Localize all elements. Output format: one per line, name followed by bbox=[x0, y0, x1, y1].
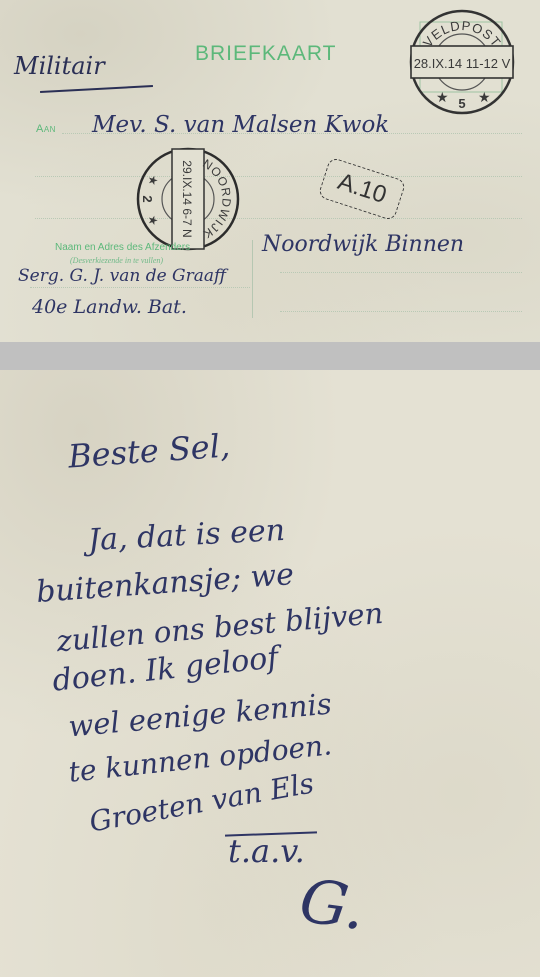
svg-text:★: ★ bbox=[146, 175, 160, 186]
svg-text:★: ★ bbox=[436, 89, 449, 105]
message-line-1: Ja, dat is een bbox=[87, 513, 286, 558]
sender-divider bbox=[252, 240, 253, 318]
svg-text:★: ★ bbox=[146, 215, 160, 226]
svg-text:29.IX.14 6-7 N: 29.IX.14 6-7 N bbox=[180, 160, 194, 237]
address-line-2 bbox=[35, 176, 522, 177]
military-note: Militair bbox=[14, 52, 105, 80]
image-divider bbox=[0, 342, 540, 370]
sender-unit: 40e Landw. Bat. bbox=[32, 296, 187, 318]
address-label: Aan bbox=[36, 123, 56, 135]
card-title: BRIEFKAART bbox=[195, 42, 336, 66]
sender-label: Naam en Adres des Afzenders bbox=[55, 242, 190, 253]
message-line-2: buitenkansje; we bbox=[35, 557, 295, 610]
svg-text:28.IX.14 11-12 V: 28.IX.14 11-12 V bbox=[414, 56, 511, 71]
noordwijk-postmark: NOORDWIJK 29.IX.14 6-7 N 2 ★ ★ bbox=[134, 145, 242, 253]
postcard-front: Militair BRIEFKAART VELDPOST 28.IX.14 11… bbox=[0, 0, 540, 342]
svg-text:2: 2 bbox=[140, 195, 155, 202]
sender-name: Serg. G. J. van de Graaff bbox=[18, 266, 226, 286]
military-underline bbox=[40, 85, 153, 93]
box-stamp: A.10 bbox=[317, 157, 406, 222]
svg-text:★: ★ bbox=[478, 89, 491, 105]
closing: t.a.v. bbox=[228, 832, 305, 870]
recipient-name: Mev. S. van Malsen Kwok bbox=[92, 112, 389, 138]
address-line-3 bbox=[35, 218, 522, 219]
address-line-5 bbox=[280, 311, 522, 312]
salutation: Beste Sel, bbox=[67, 426, 231, 475]
sender-line-1 bbox=[30, 287, 250, 288]
signature: G. bbox=[295, 866, 369, 944]
svg-text:5: 5 bbox=[458, 96, 465, 111]
sender-note: (Desverkiezende in te vullen) bbox=[70, 256, 163, 265]
postcard-back: Beste Sel, Ja, dat is een buitenkansje; … bbox=[0, 370, 540, 977]
recipient-city: Noordwijk Binnen bbox=[262, 232, 464, 257]
veldpost-postmark: VELDPOST 28.IX.14 11-12 V 5 ★ ★ bbox=[406, 6, 518, 118]
box-stamp-text: A.10 bbox=[334, 168, 390, 210]
address-line-4 bbox=[280, 272, 522, 273]
